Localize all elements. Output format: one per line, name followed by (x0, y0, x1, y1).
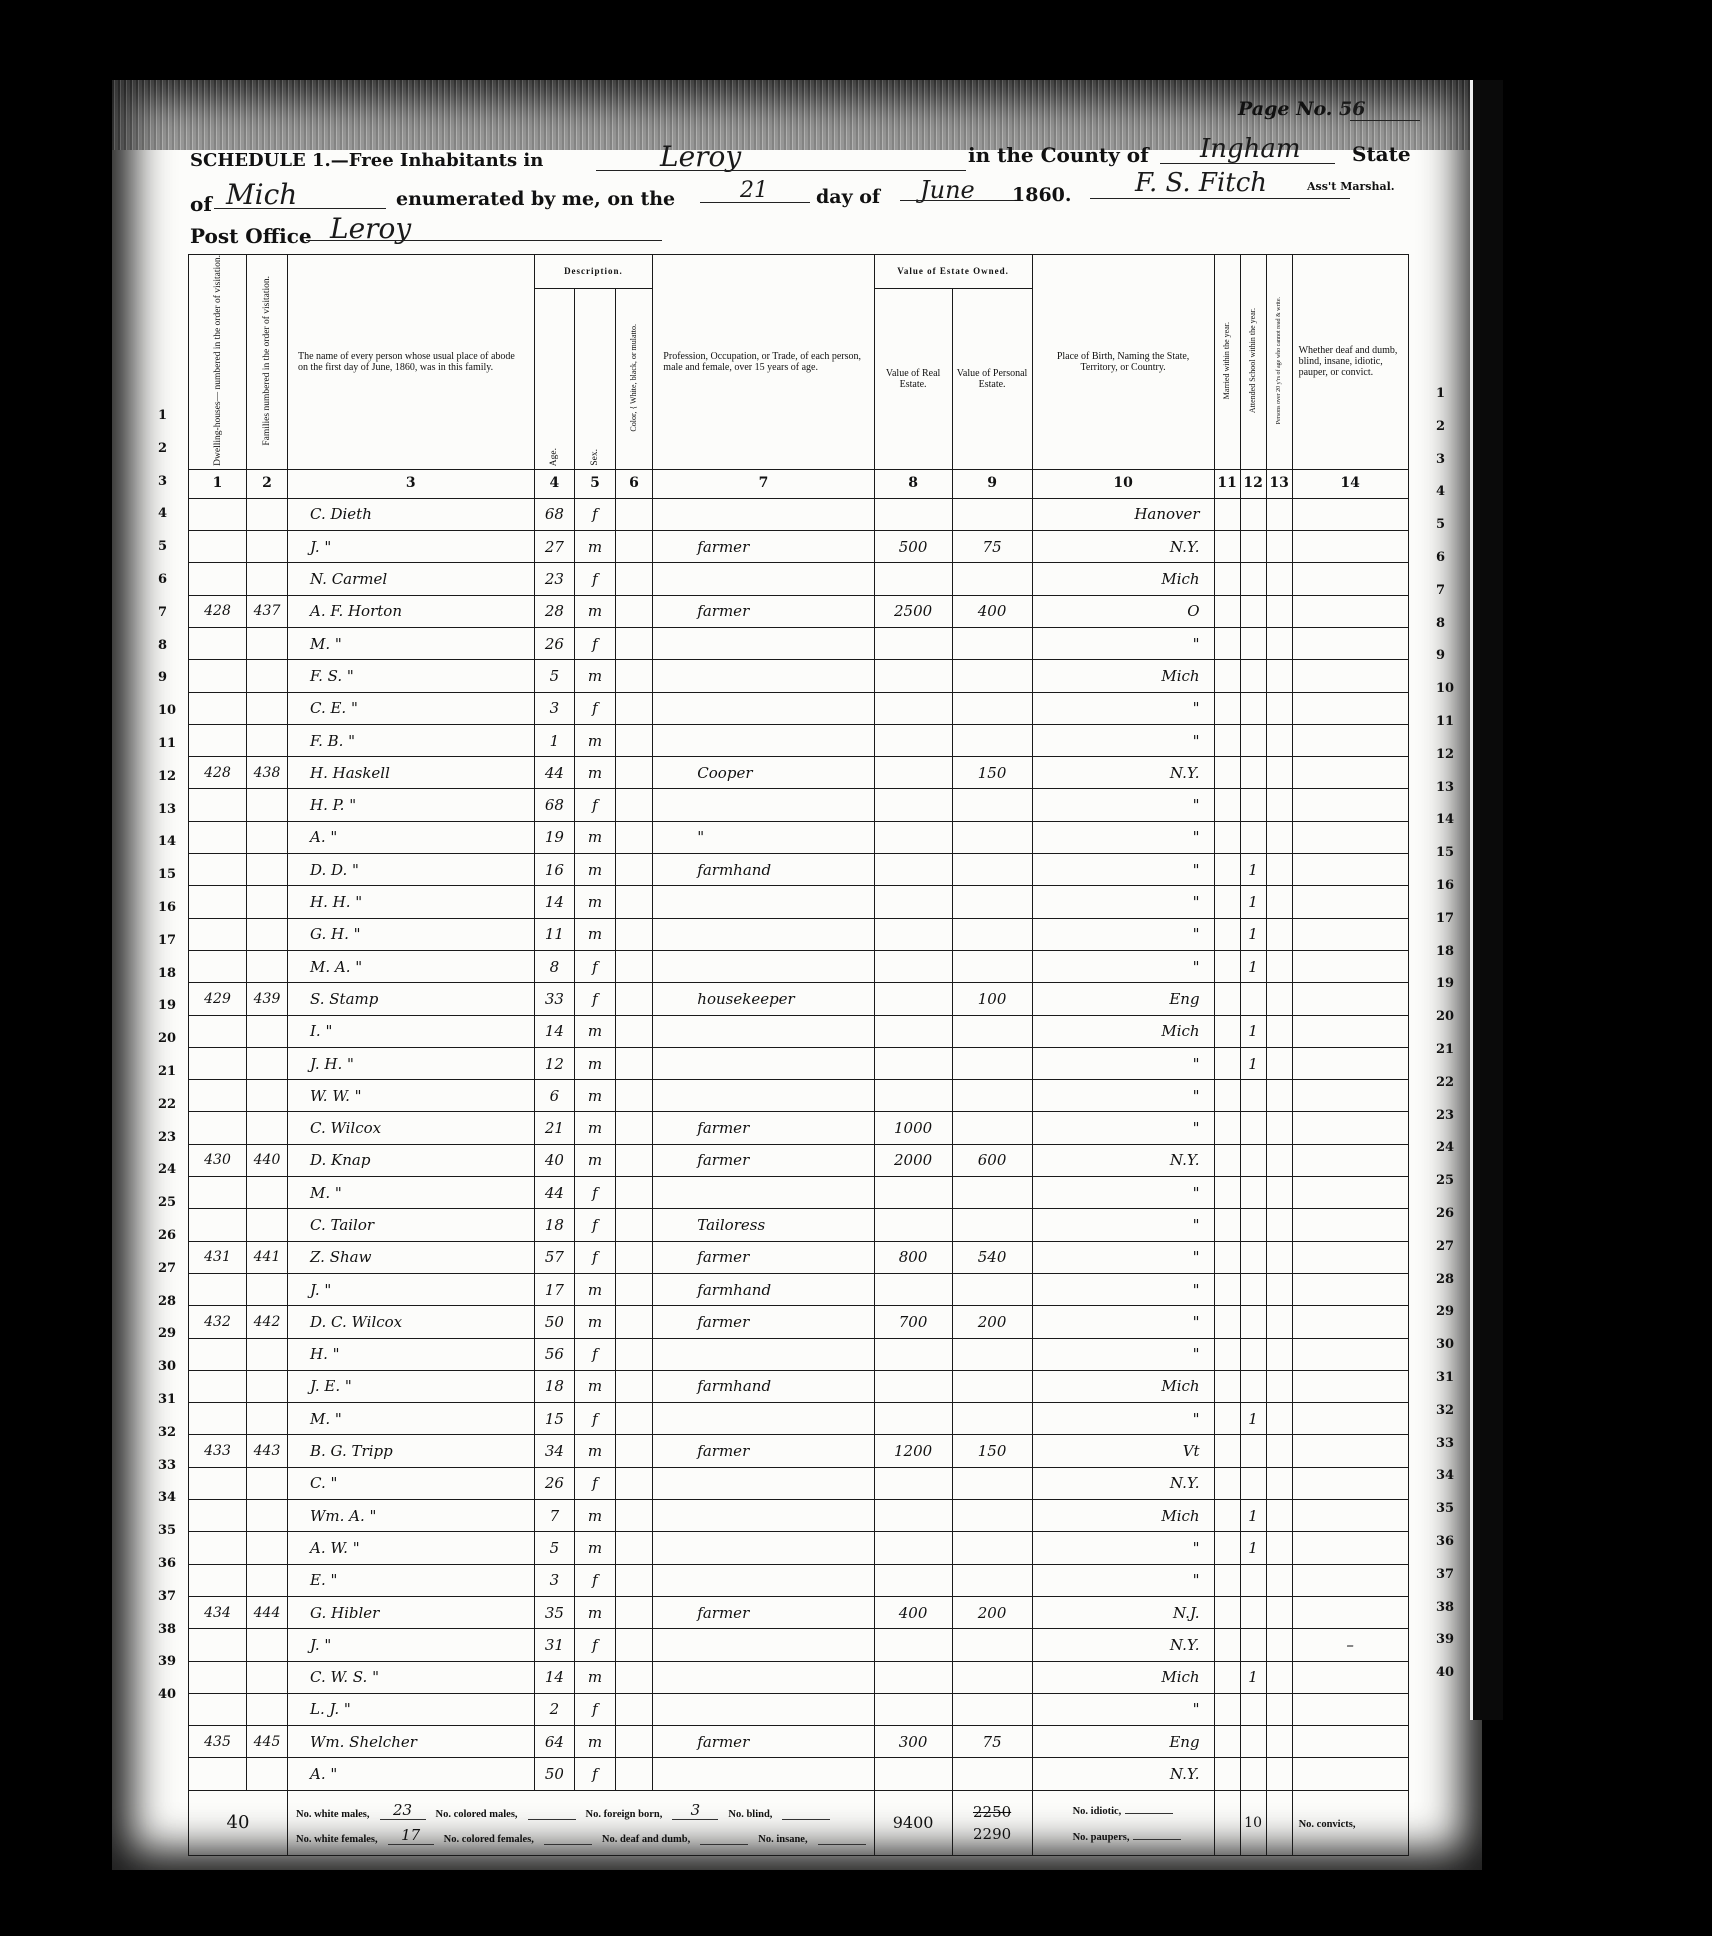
personal-estate-value (952, 1370, 1032, 1402)
dwelling-number (189, 1338, 247, 1370)
family-number (247, 1338, 288, 1370)
color (615, 1564, 653, 1596)
family-number: 441 (247, 1241, 288, 1273)
real-estate-value (874, 1273, 952, 1305)
occupation: farmhand (653, 1273, 874, 1305)
dwelling-number: 435 (189, 1726, 247, 1758)
family-number (247, 886, 288, 918)
family-number (247, 1015, 288, 1047)
line-number: 13 (158, 802, 176, 817)
sex: m (575, 1273, 616, 1305)
occupation: farmer (653, 1596, 874, 1628)
birthplace: Mich (1032, 1500, 1214, 1532)
idiotic-paupers-cell: No. idiotic, No. paupers, (1032, 1790, 1214, 1855)
table-row: A. "50fN.Y. (189, 1758, 1409, 1790)
dwelling-number (189, 789, 247, 821)
color (615, 1661, 653, 1693)
dwelling-number (189, 1112, 247, 1144)
illiterate-mark (1266, 757, 1292, 789)
person-name: A. " (288, 821, 535, 853)
personal-estate-value: 200 (952, 1306, 1032, 1338)
age: 8 (534, 950, 575, 982)
illiterate-mark (1266, 1112, 1292, 1144)
person-name: A. " (288, 1758, 535, 1790)
occupation (653, 1338, 874, 1370)
illiterate-mark (1266, 854, 1292, 886)
dwelling-number (189, 918, 247, 950)
age: 1 (534, 724, 575, 756)
personal-estate-value: 400 (952, 595, 1032, 627)
col-family-header: Families numbered in the order of visita… (247, 255, 288, 470)
birthplace: " (1032, 854, 1214, 886)
age: 28 (534, 595, 575, 627)
real-estate-value: 500 (874, 531, 952, 563)
personal-estate-value (952, 628, 1032, 660)
birthplace: " (1032, 1403, 1214, 1435)
infirmity (1292, 1338, 1408, 1370)
married-mark (1214, 1564, 1240, 1596)
illiterate-mark (1266, 1306, 1292, 1338)
real-estate-value (874, 789, 952, 821)
table-row: Wm. A. "7mMich1 (189, 1500, 1409, 1532)
color (615, 1015, 653, 1047)
illiterate-mark (1266, 1080, 1292, 1112)
married-mark (1214, 757, 1240, 789)
birthplace: " (1032, 1241, 1214, 1273)
col-number: 6 (615, 469, 653, 498)
sex: f (575, 1177, 616, 1209)
person-name: E. " (288, 1564, 535, 1596)
person-name: C. W. S. " (288, 1661, 535, 1693)
infirmity (1292, 821, 1408, 853)
occupation (653, 1500, 874, 1532)
line-number: 37 (158, 1589, 176, 1604)
school-mark (1240, 1435, 1266, 1467)
township-underline (596, 170, 966, 171)
illiterate-mark (1266, 1338, 1292, 1370)
infirmity (1292, 1273, 1408, 1305)
age: 17 (534, 1273, 575, 1305)
school-mark (1240, 1629, 1266, 1661)
person-name: Z. Shaw (288, 1241, 535, 1273)
occupation (653, 1693, 874, 1725)
personal-estate-value (952, 1112, 1032, 1144)
birthplace: " (1032, 724, 1214, 756)
married-mark (1214, 1080, 1240, 1112)
birthplace: Mich (1032, 563, 1214, 595)
col-sex-header: Sex. (575, 289, 616, 470)
person-name: Wm. Shelcher (288, 1726, 535, 1758)
table-row: 428438H. Haskell44mCooper150N.Y. (189, 757, 1409, 789)
occupation: farmer (653, 1726, 874, 1758)
person-name: N. Carmel (288, 563, 535, 595)
dwelling-number (189, 1532, 247, 1564)
color (615, 1532, 653, 1564)
col-real-estate-header: Value of Real Estate. (874, 289, 952, 470)
family-number: 437 (247, 595, 288, 627)
state-value: Mich (226, 178, 297, 211)
personal-estate-value (952, 1564, 1032, 1596)
occupation: farmhand (653, 1370, 874, 1402)
age: 16 (534, 854, 575, 886)
illiterate-mark (1266, 918, 1292, 950)
line-number: 6 (158, 572, 167, 587)
right-line-number: 34 (1436, 1468, 1454, 1483)
color (615, 1435, 653, 1467)
month-underline (900, 200, 1018, 201)
birthplace: " (1032, 1080, 1214, 1112)
married-mark (1214, 628, 1240, 660)
color (615, 821, 653, 853)
table-row: J. E. "18mfarmhandMich (189, 1370, 1409, 1402)
persons-count: 40 (189, 1790, 288, 1855)
occupation: Cooper (653, 757, 874, 789)
illiterate-mark (1266, 1758, 1292, 1790)
person-name: A. W. " (288, 1532, 535, 1564)
family-number: 445 (247, 1726, 288, 1758)
personal-estate-value (952, 886, 1032, 918)
school-mark (1240, 1758, 1266, 1790)
right-line-number: 12 (1436, 747, 1454, 762)
personal-estate-value: 150 (952, 1435, 1032, 1467)
birthplace: " (1032, 1177, 1214, 1209)
post-office-label: Post Office (190, 224, 312, 248)
personal-estate-value: 540 (952, 1241, 1032, 1273)
right-line-number: 16 (1436, 878, 1454, 893)
sex: m (575, 757, 616, 789)
birthplace: " (1032, 628, 1214, 660)
illiterate-mark (1266, 1370, 1292, 1402)
married-mark (1214, 950, 1240, 982)
day-value: 21 (740, 178, 768, 203)
illiterate-mark (1266, 1726, 1292, 1758)
personal-estate-value: 75 (952, 1726, 1032, 1758)
real-estate-value (874, 1564, 952, 1596)
dwelling-number (189, 1015, 247, 1047)
personal-estate-value (952, 1338, 1032, 1370)
school-mark (1240, 1306, 1266, 1338)
col-number: 9 (952, 469, 1032, 498)
colored-males-label: No. colored males, (436, 1809, 518, 1820)
infirmity (1292, 1403, 1408, 1435)
line-number: 19 (158, 998, 176, 1013)
illiterate-mark (1266, 821, 1292, 853)
birthplace: " (1032, 950, 1214, 982)
school-mark: 1 (1240, 1403, 1266, 1435)
age: 2 (534, 1693, 575, 1725)
person-name: F. B. " (288, 724, 535, 756)
infirmity (1292, 950, 1408, 982)
family-number (247, 692, 288, 724)
enumerated-label: enumerated by me, on the (396, 188, 675, 210)
personal-estate-value (952, 1500, 1032, 1532)
colored-females-label: No. colored females, (444, 1834, 534, 1845)
age: 50 (534, 1306, 575, 1338)
totals-summary: No. white males, 23 No. colored males, N… (288, 1790, 875, 1855)
real-estate-value (874, 724, 952, 756)
color (615, 724, 653, 756)
family-number: 442 (247, 1306, 288, 1338)
table-row: C. Dieth68fHanover (189, 498, 1409, 530)
sex: f (575, 692, 616, 724)
dwelling-number (189, 1273, 247, 1305)
line-number: 15 (158, 867, 176, 882)
col-number: 4 (534, 469, 575, 498)
school-mark: 1 (1240, 918, 1266, 950)
family-number (247, 628, 288, 660)
married-mark (1214, 1015, 1240, 1047)
sex: m (575, 531, 616, 563)
blind-value (782, 1809, 830, 1820)
personal-estate-value (952, 1693, 1032, 1725)
insane-value (818, 1834, 866, 1845)
infirmity (1292, 1500, 1408, 1532)
dwelling-number: 429 (189, 983, 247, 1015)
table-row: N. Carmel23fMich (189, 563, 1409, 595)
right-line-number: 22 (1436, 1075, 1454, 1090)
family-number (247, 1467, 288, 1499)
dwelling-number (189, 563, 247, 595)
illiterate-mark (1266, 563, 1292, 595)
school-mark (1240, 1080, 1266, 1112)
family-number (247, 531, 288, 563)
illiterate-mark (1266, 1500, 1292, 1532)
personal-estate-value (952, 1532, 1032, 1564)
table-row: 435445Wm. Shelcher64mfarmer30075Eng (189, 1726, 1409, 1758)
school-mark (1240, 789, 1266, 821)
person-name: H. H. " (288, 886, 535, 918)
dwelling-number (189, 950, 247, 982)
personal-estate-value: 600 (952, 1144, 1032, 1176)
person-name: S. Stamp (288, 983, 535, 1015)
col-birthplace-header: Place of Birth, Naming the State, Territ… (1032, 255, 1214, 470)
school-mark (1240, 1726, 1266, 1758)
person-name: G. Hibler (288, 1596, 535, 1628)
color (615, 918, 653, 950)
occupation (653, 724, 874, 756)
school-mark (1240, 1338, 1266, 1370)
sex: f (575, 563, 616, 595)
page-label: Page No. (1238, 98, 1332, 120)
infirmity (1292, 1144, 1408, 1176)
table-row: C. Tailor18fTailoress" (189, 1209, 1409, 1241)
birthplace: N.Y. (1032, 1629, 1214, 1661)
right-line-number: 15 (1436, 845, 1454, 860)
infirmity (1292, 1241, 1408, 1273)
age: 5 (534, 660, 575, 692)
real-estate-value (874, 628, 952, 660)
right-line-number: 5 (1436, 517, 1445, 532)
infirmity (1292, 1564, 1408, 1596)
age: 26 (534, 1467, 575, 1499)
line-number: 11 (158, 736, 176, 751)
sex: m (575, 1532, 616, 1564)
table-row: W. W. "6m" (189, 1080, 1409, 1112)
right-line-number: 18 (1436, 944, 1454, 959)
dwelling-number (189, 1758, 247, 1790)
line-number: 8 (158, 638, 167, 653)
description-group-header: Description. (534, 255, 653, 289)
birthplace: " (1032, 789, 1214, 821)
person-name: H. " (288, 1338, 535, 1370)
real-estate-value (874, 1080, 952, 1112)
sex: f (575, 1629, 616, 1661)
family-number (247, 1758, 288, 1790)
right-line-number: 13 (1436, 780, 1454, 795)
real-estate-value (874, 1370, 952, 1402)
occupation: housekeeper (653, 983, 874, 1015)
sex: m (575, 1596, 616, 1628)
county-label: in the County of (968, 143, 1149, 167)
col-personal-estate-header: Value of Personal Estate. (952, 289, 1032, 470)
col-number: 13 (1266, 469, 1292, 498)
sex: f (575, 1467, 616, 1499)
col-school-header: Attended School within the year. (1240, 255, 1266, 470)
infirmity (1292, 1758, 1408, 1790)
school-mark (1240, 1241, 1266, 1273)
occupation (653, 628, 874, 660)
personal-estate-value (952, 1273, 1032, 1305)
school-mark (1240, 983, 1266, 1015)
age: 44 (534, 1177, 575, 1209)
occupation (653, 1047, 874, 1079)
school-mark (1240, 1370, 1266, 1402)
color (615, 854, 653, 886)
table-row: 432442D. C. Wilcox50mfarmer700200" (189, 1306, 1409, 1338)
occupation (653, 1403, 874, 1435)
idiotic-value (1125, 1803, 1173, 1814)
sex: f (575, 1241, 616, 1273)
birthplace: Vt (1032, 1435, 1214, 1467)
occupation (653, 1629, 874, 1661)
col-name-header: The name of every person whose usual pla… (288, 255, 535, 470)
personal-estate-value (952, 692, 1032, 724)
right-line-number: 28 (1436, 1272, 1454, 1287)
right-line-number: 30 (1436, 1337, 1454, 1352)
dwelling-number: 428 (189, 595, 247, 627)
real-estate-value (874, 886, 952, 918)
sex: f (575, 983, 616, 1015)
illiterate-mark (1266, 1177, 1292, 1209)
line-number: 38 (158, 1622, 176, 1637)
personal-estate-value (952, 1758, 1032, 1790)
dwelling-number (189, 1080, 247, 1112)
infirmity (1292, 1726, 1408, 1758)
right-line-number: 14 (1436, 812, 1454, 827)
age: 3 (534, 692, 575, 724)
personal-estate-value (952, 1403, 1032, 1435)
infirmity (1292, 692, 1408, 724)
line-number: 39 (158, 1654, 176, 1669)
age: 68 (534, 498, 575, 530)
sex: m (575, 821, 616, 853)
color (615, 1758, 653, 1790)
color (615, 628, 653, 660)
right-line-number: 37 (1436, 1567, 1454, 1582)
birthplace: N.Y. (1032, 531, 1214, 563)
age: 14 (534, 1015, 575, 1047)
infirmity (1292, 563, 1408, 595)
sex: f (575, 1758, 616, 1790)
school-mark (1240, 1209, 1266, 1241)
blind-label: No. blind, (728, 1809, 772, 1820)
line-number: 27 (158, 1261, 176, 1276)
census-rows: C. Dieth68fHanoverJ. "27mfarmer50075N.Y.… (189, 498, 1409, 1790)
color (615, 886, 653, 918)
real-estate-value (874, 692, 952, 724)
real-estate-value (874, 1177, 952, 1209)
person-name: J. E. " (288, 1370, 535, 1402)
illiterate-mark (1266, 498, 1292, 530)
illiterate-mark (1266, 660, 1292, 692)
married-mark (1214, 1693, 1240, 1725)
birthplace: " (1032, 1306, 1214, 1338)
line-number: 33 (158, 1458, 176, 1473)
table-row: M. "15f"1 (189, 1403, 1409, 1435)
family-number (247, 1047, 288, 1079)
color (615, 1467, 653, 1499)
dwelling-number (189, 821, 247, 853)
occupation (653, 1532, 874, 1564)
occupation (653, 1467, 874, 1499)
school-mark (1240, 531, 1266, 563)
dwelling-number (189, 1209, 247, 1241)
line-number: 20 (158, 1031, 176, 1046)
person-name: C. " (288, 1467, 535, 1499)
real-estate-value (874, 1338, 952, 1370)
color (615, 595, 653, 627)
personal-estate-value (952, 854, 1032, 886)
family-number (247, 1629, 288, 1661)
sex: m (575, 1080, 616, 1112)
infirmity (1292, 1370, 1408, 1402)
illiterate-mark (1266, 983, 1292, 1015)
right-line-number: 27 (1436, 1239, 1454, 1254)
age: 18 (534, 1370, 575, 1402)
person-name: M. " (288, 1177, 535, 1209)
col-married-header: Married within the year. (1214, 255, 1240, 470)
col-number: 3 (288, 469, 535, 498)
dwelling-number (189, 886, 247, 918)
schedule-title: SCHEDULE 1.—Free Inhabitants in (190, 150, 543, 171)
real-estate-value (874, 1047, 952, 1079)
age: 26 (534, 628, 575, 660)
col-number: 2 (247, 469, 288, 498)
color (615, 692, 653, 724)
birthplace: Hanover (1032, 498, 1214, 530)
col-number: 1 (189, 469, 247, 498)
infirmity (1292, 1693, 1408, 1725)
illiterate-mark (1266, 1144, 1292, 1176)
school-mark: 1 (1240, 950, 1266, 982)
line-number: 36 (158, 1556, 176, 1571)
real-estate-value: 1200 (874, 1435, 952, 1467)
age: 27 (534, 531, 575, 563)
birthplace: Mich (1032, 1015, 1214, 1047)
person-name: M. A. " (288, 950, 535, 982)
of-label: of (190, 192, 212, 216)
personal-estate-value (952, 1661, 1032, 1693)
family-number (247, 660, 288, 692)
personal-estate-value (952, 498, 1032, 530)
real-estate-value (874, 1758, 952, 1790)
birthplace: " (1032, 1273, 1214, 1305)
school-mark (1240, 595, 1266, 627)
color (615, 789, 653, 821)
sex: m (575, 1144, 616, 1176)
married-mark (1214, 724, 1240, 756)
family-number (247, 1112, 288, 1144)
